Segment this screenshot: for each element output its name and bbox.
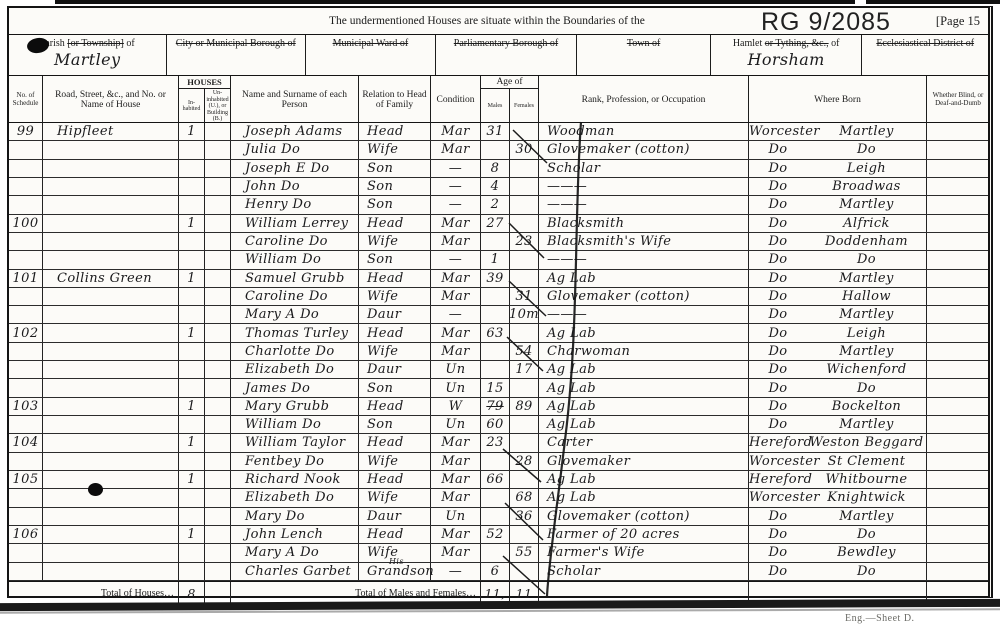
cell-schedule-no	[9, 416, 43, 433]
table-row: William Do Son Un 60 Ag Lab Do Martley	[9, 416, 988, 434]
cell-inhabited: 1	[179, 270, 205, 287]
cell-uninhabited	[205, 160, 231, 177]
cell-uninhabited	[205, 288, 231, 305]
cell-name: William Do	[231, 251, 359, 268]
table-row: Caroline Do Wife Mar 23 Blacksmith's Wif…	[9, 233, 988, 251]
relation-text: Daur	[367, 308, 401, 321]
cell-age-male: 6	[481, 563, 510, 580]
cell-age-male	[481, 508, 510, 525]
cell-age-female	[510, 563, 539, 580]
cell-occupation: Farmer of 20 acres	[539, 526, 749, 543]
cell-where-born: Do Wichenford	[749, 361, 927, 378]
cell-relation: Wife	[359, 343, 431, 360]
cell-age-female	[510, 123, 539, 140]
relation-text: Wife	[367, 345, 398, 358]
cell-relation: Son	[359, 416, 431, 433]
cell-condition: Mar	[431, 489, 481, 506]
cell-condition: —	[431, 306, 481, 323]
cell-schedule-no	[9, 544, 43, 561]
cell-road	[43, 288, 179, 305]
cell-road	[43, 215, 179, 232]
cell-name: Samuel Grubb	[231, 270, 359, 287]
born-county: Do	[749, 162, 807, 175]
cell-age-female: 28	[510, 453, 539, 470]
cell-schedule-no	[9, 196, 43, 213]
cell-inhabited	[179, 306, 205, 323]
cell-occupation: Ag Lab	[539, 379, 749, 396]
cell-uninhabited	[205, 544, 231, 561]
cell-condition: Mar	[431, 141, 481, 158]
boundaries-line: The undermentioned Houses are situate wi…	[329, 15, 645, 27]
cell-relation: Daur	[359, 361, 431, 378]
cell-condition: W	[431, 398, 481, 415]
cell-uninhabited	[205, 324, 231, 341]
cell-uninhabited	[205, 416, 231, 433]
cell-name: Joseph E Do	[231, 160, 359, 177]
cell-uninhabited	[205, 398, 231, 415]
cell-where-born: Do Broadwas	[749, 178, 927, 195]
cell-relation: Wife	[359, 453, 431, 470]
cell-schedule-no	[9, 563, 43, 580]
cell-where-born: Worcester St Clement	[749, 453, 927, 470]
table-row: Mary A Do Wife Mar 55 Farmer's Wife Do B…	[9, 544, 988, 562]
cell-name: Caroline Do	[231, 233, 359, 250]
cell-relation: Wife	[359, 233, 431, 250]
cell-age-male	[481, 306, 510, 323]
relation-text: Head	[367, 473, 404, 486]
cell-road	[43, 526, 179, 543]
cell-inhabited: 1	[179, 434, 205, 451]
cell-relation: Wife	[359, 141, 431, 158]
cell-uninhabited	[205, 471, 231, 488]
cell-age-male: 8	[481, 160, 510, 177]
cell-name: Charlotte Do	[231, 343, 359, 360]
born-county: Do	[749, 418, 807, 431]
cell-relation: Wife	[359, 288, 431, 305]
cell-uninhabited	[205, 123, 231, 140]
table-row: 102 1 Thomas Turley Head Mar 63 Ag Lab D…	[9, 324, 988, 342]
born-county: Worcester	[749, 455, 807, 468]
cell-schedule-no	[9, 379, 43, 396]
cell-uninhabited	[205, 361, 231, 378]
scan-top-edge-right	[866, 0, 1000, 4]
cell-age-female	[510, 251, 539, 268]
cell-schedule-no: 104	[9, 434, 43, 451]
cell-schedule-no	[9, 361, 43, 378]
cell-condition: Mar	[431, 526, 481, 543]
cell-road	[43, 141, 179, 158]
cell-road	[43, 398, 179, 415]
cell-name: John Lench	[231, 526, 359, 543]
cell-where-born: Hereford Whitbourne	[749, 471, 927, 488]
cell-inhabited: 1	[179, 526, 205, 543]
cell-condition: Un	[431, 361, 481, 378]
cell-age-female: 54	[510, 343, 539, 360]
cell-where-born: Do Leigh	[749, 160, 927, 177]
cell-age-female: 89	[510, 398, 539, 415]
cell-where-born: Do Do	[749, 526, 927, 543]
cell-age-male: 31	[481, 123, 510, 140]
page-number: [Page 15	[936, 14, 980, 29]
relation-text: Wife	[367, 491, 398, 504]
cell-occupation: Scholar	[539, 160, 749, 177]
cell-inhabited: 1	[179, 324, 205, 341]
cell-age-female	[510, 270, 539, 287]
cell-uninhabited	[205, 251, 231, 268]
cell-name: Richard Nook	[231, 471, 359, 488]
archive-reference-stamp: RG 9/2085	[761, 8, 891, 37]
born-county: Do	[749, 308, 807, 321]
cell-schedule-no	[9, 508, 43, 525]
cell-occupation: Ag Lab	[539, 324, 749, 341]
born-place: Do	[807, 253, 926, 266]
cell-where-born: Do Do	[749, 141, 927, 158]
cell-where-born: Do Do	[749, 251, 927, 268]
scan-top-edge	[55, 0, 855, 4]
header-occupation: Rank, Profession, or Occupation	[539, 76, 749, 124]
born-place: Broadwas	[807, 180, 926, 193]
cell-blind	[927, 544, 989, 561]
cell-uninhabited	[205, 270, 231, 287]
cell-blind	[927, 526, 989, 543]
cell-blind	[927, 196, 989, 213]
cell-road	[43, 178, 179, 195]
cell-name: William Taylor	[231, 434, 359, 451]
cell-blind	[927, 233, 989, 250]
cell-relation: His Grandson	[359, 563, 431, 580]
cell-condition: Mar	[431, 471, 481, 488]
born-place: Weston Beggard	[807, 436, 926, 449]
cell-name: Mary A Do	[231, 544, 359, 561]
cell-age-female: 23	[510, 233, 539, 250]
cell-age-female	[510, 471, 539, 488]
born-place: Do	[807, 528, 926, 541]
cell-relation: Head	[359, 270, 431, 287]
born-county: Hereford	[749, 473, 807, 486]
cell-where-born: Hereford Weston Beggard	[749, 434, 927, 451]
cell-name: Elizabeth Do	[231, 489, 359, 506]
relation-text: Son	[367, 180, 393, 193]
table-row: Julia Do Wife Mar 30 Glovemaker (cotton)…	[9, 141, 988, 159]
cell-age-male	[481, 489, 510, 506]
cell-age-female	[510, 196, 539, 213]
cell-condition: —	[431, 196, 481, 213]
cell-blind	[927, 160, 989, 177]
cell-relation: Son	[359, 160, 431, 177]
cell-where-born: Do Doddenham	[749, 233, 927, 250]
district-cell-parliamentary: Parliamentary Borough of	[436, 35, 578, 75]
cell-schedule-no: 100	[9, 215, 43, 232]
relation-text: Son	[367, 253, 393, 266]
cell-condition: —	[431, 178, 481, 195]
cell-age-male: 1	[481, 251, 510, 268]
born-place: St Clement	[807, 455, 926, 468]
cell-condition: Un	[431, 379, 481, 396]
cell-where-born: Worcester Martley	[749, 123, 927, 140]
header-road: Road, Street, &c., and No. or Name of Ho…	[43, 76, 179, 124]
cell-inhabited	[179, 544, 205, 561]
relation-text: Head	[367, 436, 404, 449]
born-county: Do	[749, 327, 807, 340]
cell-name: Caroline Do	[231, 288, 359, 305]
cell-inhabited	[179, 160, 205, 177]
born-place: Hallow	[807, 290, 926, 303]
cell-age-male: 60	[481, 416, 510, 433]
cell-condition: Mar	[431, 233, 481, 250]
cell-occupation: Ag Lab	[539, 361, 749, 378]
cell-blind	[927, 453, 989, 470]
cell-condition: Mar	[431, 544, 481, 561]
cell-name: Fentbey Do	[231, 453, 359, 470]
cell-relation: Head	[359, 526, 431, 543]
cell-uninhabited	[205, 563, 231, 580]
cell-condition: —	[431, 251, 481, 268]
cell-relation: Son	[359, 251, 431, 268]
relation-text: Son	[367, 198, 393, 211]
cell-uninhabited	[205, 233, 231, 250]
parish-name-handwritten: Martley	[9, 51, 166, 69]
header-houses-group: HOUSES In-habited Un-inhabited (U.), or …	[179, 76, 231, 124]
relation-superscript: His	[389, 558, 404, 566]
cell-uninhabited	[205, 379, 231, 396]
total-uninhabited-value	[205, 582, 231, 604]
cell-occupation: Glovemaker (cotton)	[539, 508, 749, 525]
header-uninhabited: Un-inhabited (U.), or Building (B.)	[205, 89, 230, 124]
cell-age-female: 31	[510, 288, 539, 305]
header-blind: Whether Blind, or Deaf-and-Dumb	[927, 76, 989, 124]
cell-inhabited	[179, 178, 205, 195]
born-county: Do	[749, 253, 807, 266]
table-row: Fentbey Do Wife Mar 28 Glovemaker Worces…	[9, 453, 988, 471]
cell-age-female: 30	[510, 141, 539, 158]
born-place: Leigh	[807, 327, 926, 340]
cell-uninhabited	[205, 343, 231, 360]
cell-occupation: Glovemaker	[539, 453, 749, 470]
cell-age-male: 15	[481, 379, 510, 396]
cell-occupation: Glovemaker (cotton)	[539, 288, 749, 305]
cell-age-female: 36	[510, 508, 539, 525]
cell-inhabited	[179, 379, 205, 396]
cell-road	[43, 453, 179, 470]
cell-condition: —	[431, 160, 481, 177]
header-age-title: Age of	[481, 76, 538, 89]
cell-where-born: Do Martley	[749, 343, 927, 360]
cell-relation: Daur	[359, 508, 431, 525]
cell-road: Hipfleet	[43, 123, 179, 140]
cell-relation: Head	[359, 215, 431, 232]
cell-occupation: ———	[539, 196, 749, 213]
born-place: Martley	[807, 510, 926, 523]
cell-occupation: ———	[539, 251, 749, 268]
total-houses-value: 8	[179, 582, 205, 604]
table-row: Mary A Do Daur — 10m ——— Do Martley	[9, 306, 988, 324]
table-row: Elizabeth Do Wife Mar 68 Ag Lab Worceste…	[9, 489, 988, 507]
cell-age-female	[510, 416, 539, 433]
cell-relation: Head	[359, 434, 431, 451]
census-sheet: The undermentioned Houses are situate wi…	[7, 6, 993, 598]
cell-age-male: 23	[481, 434, 510, 451]
born-place: Knightwick	[807, 491, 926, 504]
cell-occupation: Blacksmith	[539, 215, 749, 232]
header-condition: Condition	[431, 76, 481, 124]
cell-road	[43, 471, 179, 488]
cell-where-born: Do Alfrick	[749, 215, 927, 232]
born-county: Do	[749, 510, 807, 523]
cell-uninhabited	[205, 306, 231, 323]
cell-occupation: Blacksmith's Wife	[539, 233, 749, 250]
header-name: Name and Surname of each Person	[231, 76, 359, 124]
cell-uninhabited	[205, 508, 231, 525]
born-place: Martley	[807, 272, 926, 285]
cell-age-male	[481, 343, 510, 360]
cell-road	[43, 324, 179, 341]
cell-inhabited	[179, 233, 205, 250]
cell-schedule-no	[9, 251, 43, 268]
relation-text: Son	[367, 418, 393, 431]
relation-text: Grandson	[367, 565, 434, 578]
cell-inhabited	[179, 508, 205, 525]
total-houses-label: Total of Houses…	[9, 582, 179, 604]
table-row: 104 1 William Taylor Head Mar 23 Carter …	[9, 434, 988, 452]
born-place: Martley	[807, 125, 926, 138]
cell-inhabited	[179, 196, 205, 213]
cell-occupation: ———	[539, 306, 749, 323]
cell-road: Collins Green	[43, 270, 179, 287]
relation-text: Wife	[367, 290, 398, 303]
cell-blind	[927, 306, 989, 323]
table-row: Elizabeth Do Daur Un 17 Ag Lab Do Wichen…	[9, 361, 988, 379]
cell-schedule-no: 103	[9, 398, 43, 415]
cell-schedule-no: 102	[9, 324, 43, 341]
cell-blind	[927, 508, 989, 525]
table-row: Caroline Do Wife Mar 31 Glovemaker (cott…	[9, 288, 988, 306]
cell-blind	[927, 270, 989, 287]
cell-uninhabited	[205, 215, 231, 232]
district-cell-ward: Municipal Ward of	[306, 35, 436, 75]
cell-condition: Mar	[431, 453, 481, 470]
cell-name: Joseph Adams	[231, 123, 359, 140]
relation-text: Head	[367, 272, 404, 285]
cell-road	[43, 379, 179, 396]
cell-schedule-no: 105	[9, 471, 43, 488]
cell-uninhabited	[205, 141, 231, 158]
relation-text: Daur	[367, 510, 401, 523]
cell-relation: Son	[359, 379, 431, 396]
sheet-footnote: Eng.—Sheet D.	[845, 613, 915, 624]
relation-text: Wife	[367, 143, 398, 156]
cell-road	[43, 563, 179, 580]
cell-schedule-no	[9, 160, 43, 177]
table-row: 99 Hipfleet 1 Joseph Adams Head Mar 31 W…	[9, 123, 988, 141]
cell-condition: —	[431, 563, 481, 580]
header-inhabited: In-habited	[179, 89, 205, 124]
table-row: Charles Garbet His Grandson — 6 Scholar …	[9, 563, 988, 581]
cell-where-born: Do Hallow	[749, 288, 927, 305]
cell-name: William Lerrey	[231, 215, 359, 232]
table-body: 99 Hipfleet 1 Joseph Adams Head Mar 31 W…	[9, 123, 988, 581]
cell-inhabited: 1	[179, 471, 205, 488]
cell-name: Julia Do	[231, 141, 359, 158]
cell-inhabited	[179, 361, 205, 378]
cell-blind	[927, 563, 989, 580]
cell-inhabited	[179, 453, 205, 470]
born-place: Martley	[807, 308, 926, 321]
header-relation: Relation to Head of Family	[359, 76, 431, 124]
cell-road	[43, 544, 179, 561]
cell-schedule-no	[9, 453, 43, 470]
cell-schedule-no: 101	[9, 270, 43, 287]
born-county: Do	[749, 565, 807, 578]
born-county: Do	[749, 235, 807, 248]
cell-inhabited: 1	[179, 215, 205, 232]
cell-road	[43, 361, 179, 378]
cell-schedule-no	[9, 306, 43, 323]
cell-relation: Head	[359, 471, 431, 488]
census-page: The undermentioned Houses are situate wi…	[0, 0, 1000, 629]
table-row: Mary Do Daur Un 36 Glovemaker (cotton) D…	[9, 508, 988, 526]
cell-where-born: Do Do	[749, 379, 927, 396]
cell-blind	[927, 343, 989, 360]
cell-condition: Mar	[431, 434, 481, 451]
cell-uninhabited	[205, 526, 231, 543]
cell-age-male: 2	[481, 196, 510, 213]
cell-inhabited	[179, 343, 205, 360]
cell-name: Henry Do	[231, 196, 359, 213]
cell-age-male	[481, 453, 510, 470]
cell-where-born: Do Martley	[749, 306, 927, 323]
table-row: Joseph E Do Son — 8 Scholar Do Leigh	[9, 160, 988, 178]
cell-road	[43, 489, 179, 506]
table-row: James Do Son Un 15 Ag Lab Do Do	[9, 379, 988, 397]
table-row: 106 1 John Lench Head Mar 52 Farmer of 2…	[9, 526, 988, 544]
cell-age-male: 27	[481, 215, 510, 232]
cell-occupation: ———	[539, 178, 749, 195]
cell-name: Charles Garbet	[231, 563, 359, 580]
cell-road	[43, 306, 179, 323]
cell-inhabited	[179, 288, 205, 305]
cell-age-male: 66	[481, 471, 510, 488]
cell-inhabited	[179, 251, 205, 268]
table-row: John Do Son — 4 ——— Do Broadwas	[9, 178, 988, 196]
born-county: Do	[749, 217, 807, 230]
cell-age-female	[510, 160, 539, 177]
cell-schedule-no	[9, 343, 43, 360]
cell-occupation: Carter	[539, 434, 749, 451]
cell-condition: Mar	[431, 343, 481, 360]
cell-age-female: 10m	[510, 306, 539, 323]
cell-age-male	[481, 544, 510, 561]
cell-name: Mary Do	[231, 508, 359, 525]
cell-relation: Head	[359, 324, 431, 341]
header-houses-title: HOUSES	[179, 76, 230, 89]
cell-schedule-no	[9, 141, 43, 158]
cell-relation: Son	[359, 196, 431, 213]
cell-where-born: Do Leigh	[749, 324, 927, 341]
born-place: Do	[807, 143, 926, 156]
relation-text: Daur	[367, 363, 401, 376]
cell-name: Mary Grubb	[231, 398, 359, 415]
cell-inhabited	[179, 563, 205, 580]
cell-blind	[927, 434, 989, 451]
cell-condition: Un	[431, 508, 481, 525]
born-place: Do	[807, 565, 926, 578]
cell-condition: Mar	[431, 288, 481, 305]
cell-occupation: Ag Lab	[539, 270, 749, 287]
cell-relation: Head	[359, 123, 431, 140]
header-schedule: No. of Schedule	[9, 76, 43, 124]
cell-road	[43, 251, 179, 268]
cell-road	[43, 196, 179, 213]
